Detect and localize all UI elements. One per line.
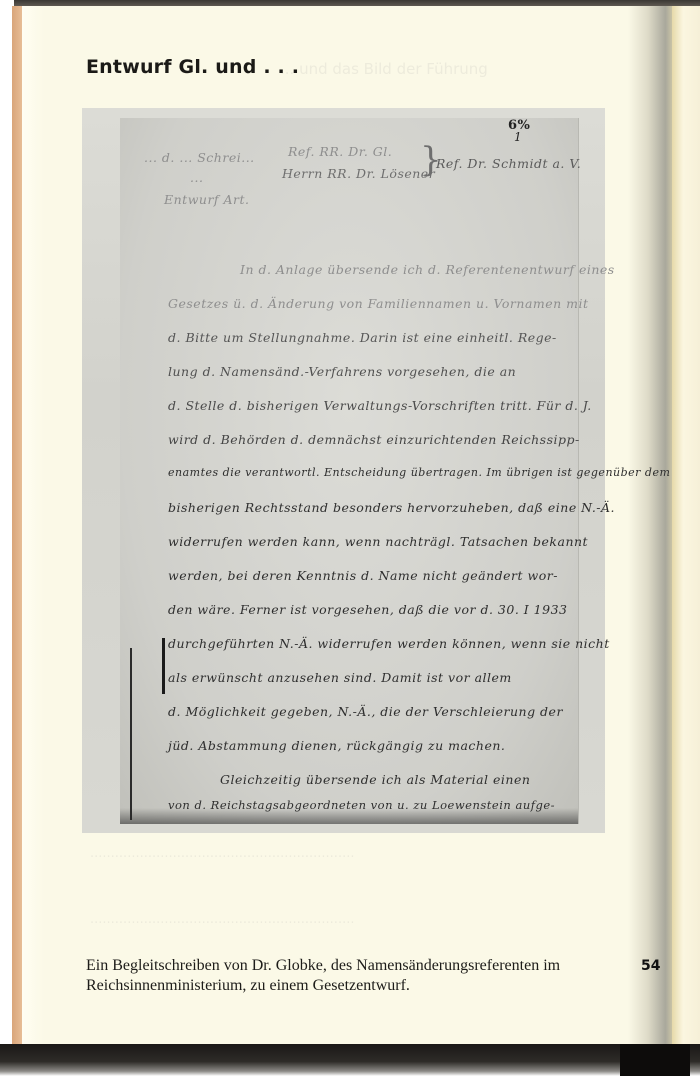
header-left-line: ... d. ... Schrei... bbox=[144, 150, 255, 165]
letter-line: widerrufen werden kann, wenn nachträgl. … bbox=[168, 534, 588, 549]
letter-line: werden, bei deren Kenntnis d. Name nicht… bbox=[168, 568, 558, 583]
header-copy-to: Ref. Dr. Schmidt a. V. bbox=[436, 156, 581, 171]
bleed-through-text: ........................................… bbox=[90, 912, 354, 927]
page-heading: Entwurf Gl. und . . . bbox=[86, 56, 299, 78]
facing-page-edge bbox=[672, 6, 700, 1046]
book-corner-shadow bbox=[620, 1044, 690, 1076]
letter-line: wird d. Behörden d. demnächst einzuricht… bbox=[168, 432, 580, 447]
letter-line: lung d. Namensänd.-Verfahrens vorgesehen… bbox=[168, 364, 516, 379]
page-left-edge bbox=[12, 6, 22, 1046]
letter-line: den wäre. Ferner ist vorgesehen, daß die… bbox=[168, 602, 568, 617]
bleed-through-text: ........................................… bbox=[90, 846, 354, 861]
letter-line: durchgeführten N.-Ä. widerrufen werden k… bbox=[168, 636, 610, 651]
letter-line: d. Stelle d. bisherigen Verwaltungs-Vors… bbox=[168, 398, 592, 413]
book-bottom-edge bbox=[0, 1044, 700, 1076]
letter-photograph: ... d. ... Schrei... ... Entwurf Art. Re… bbox=[82, 108, 605, 833]
page-number: 54 bbox=[641, 958, 660, 974]
header-recipient: Herrn RR. Dr. Lösener bbox=[282, 166, 435, 181]
corner-mark-sub: 1 bbox=[514, 130, 522, 144]
letter-fold-shadow bbox=[120, 808, 578, 824]
letter-line: enamtes die verantwortl. Entscheidung üb… bbox=[168, 466, 670, 479]
letter-line: jüd. Abstammung dienen, rückgängig zu ma… bbox=[168, 738, 505, 753]
header-recipient: Ref. RR. Dr. Gl. bbox=[288, 144, 392, 159]
letter-line: d. Bitte um Stellungnahme. Darin ist ein… bbox=[168, 330, 557, 345]
header-left-line: ... bbox=[190, 170, 203, 185]
handwritten-letter: ... d. ... Schrei... ... Entwurf Art. Re… bbox=[120, 118, 579, 824]
letter-line: als erwünscht anzusehen sind. Damit ist … bbox=[168, 670, 512, 685]
spine-shadow bbox=[628, 6, 672, 1046]
margin-rule bbox=[130, 648, 132, 820]
letter-line: bisherigen Rechtsstand besonders hervorz… bbox=[168, 500, 615, 515]
letter-line: Gleichzeitig übersende ich als Material … bbox=[220, 772, 530, 787]
page-left-highlight bbox=[22, 6, 44, 1046]
bleed-through-text: ... und das Bild der Führung bbox=[280, 60, 488, 78]
letter-line: In d. Anlage übersende ich d. Referenten… bbox=[240, 262, 615, 277]
figure-caption: Ein Begleitschreiben von Dr. Globke, des… bbox=[86, 956, 626, 996]
margin-mark bbox=[162, 638, 165, 694]
letter-line: Gesetzes ü. d. Änderung von Familienname… bbox=[168, 296, 589, 311]
header-left-line: Entwurf Art. bbox=[164, 192, 250, 207]
letter-line: d. Möglichkeit gegeben, N.-Ä., die der V… bbox=[168, 704, 563, 719]
